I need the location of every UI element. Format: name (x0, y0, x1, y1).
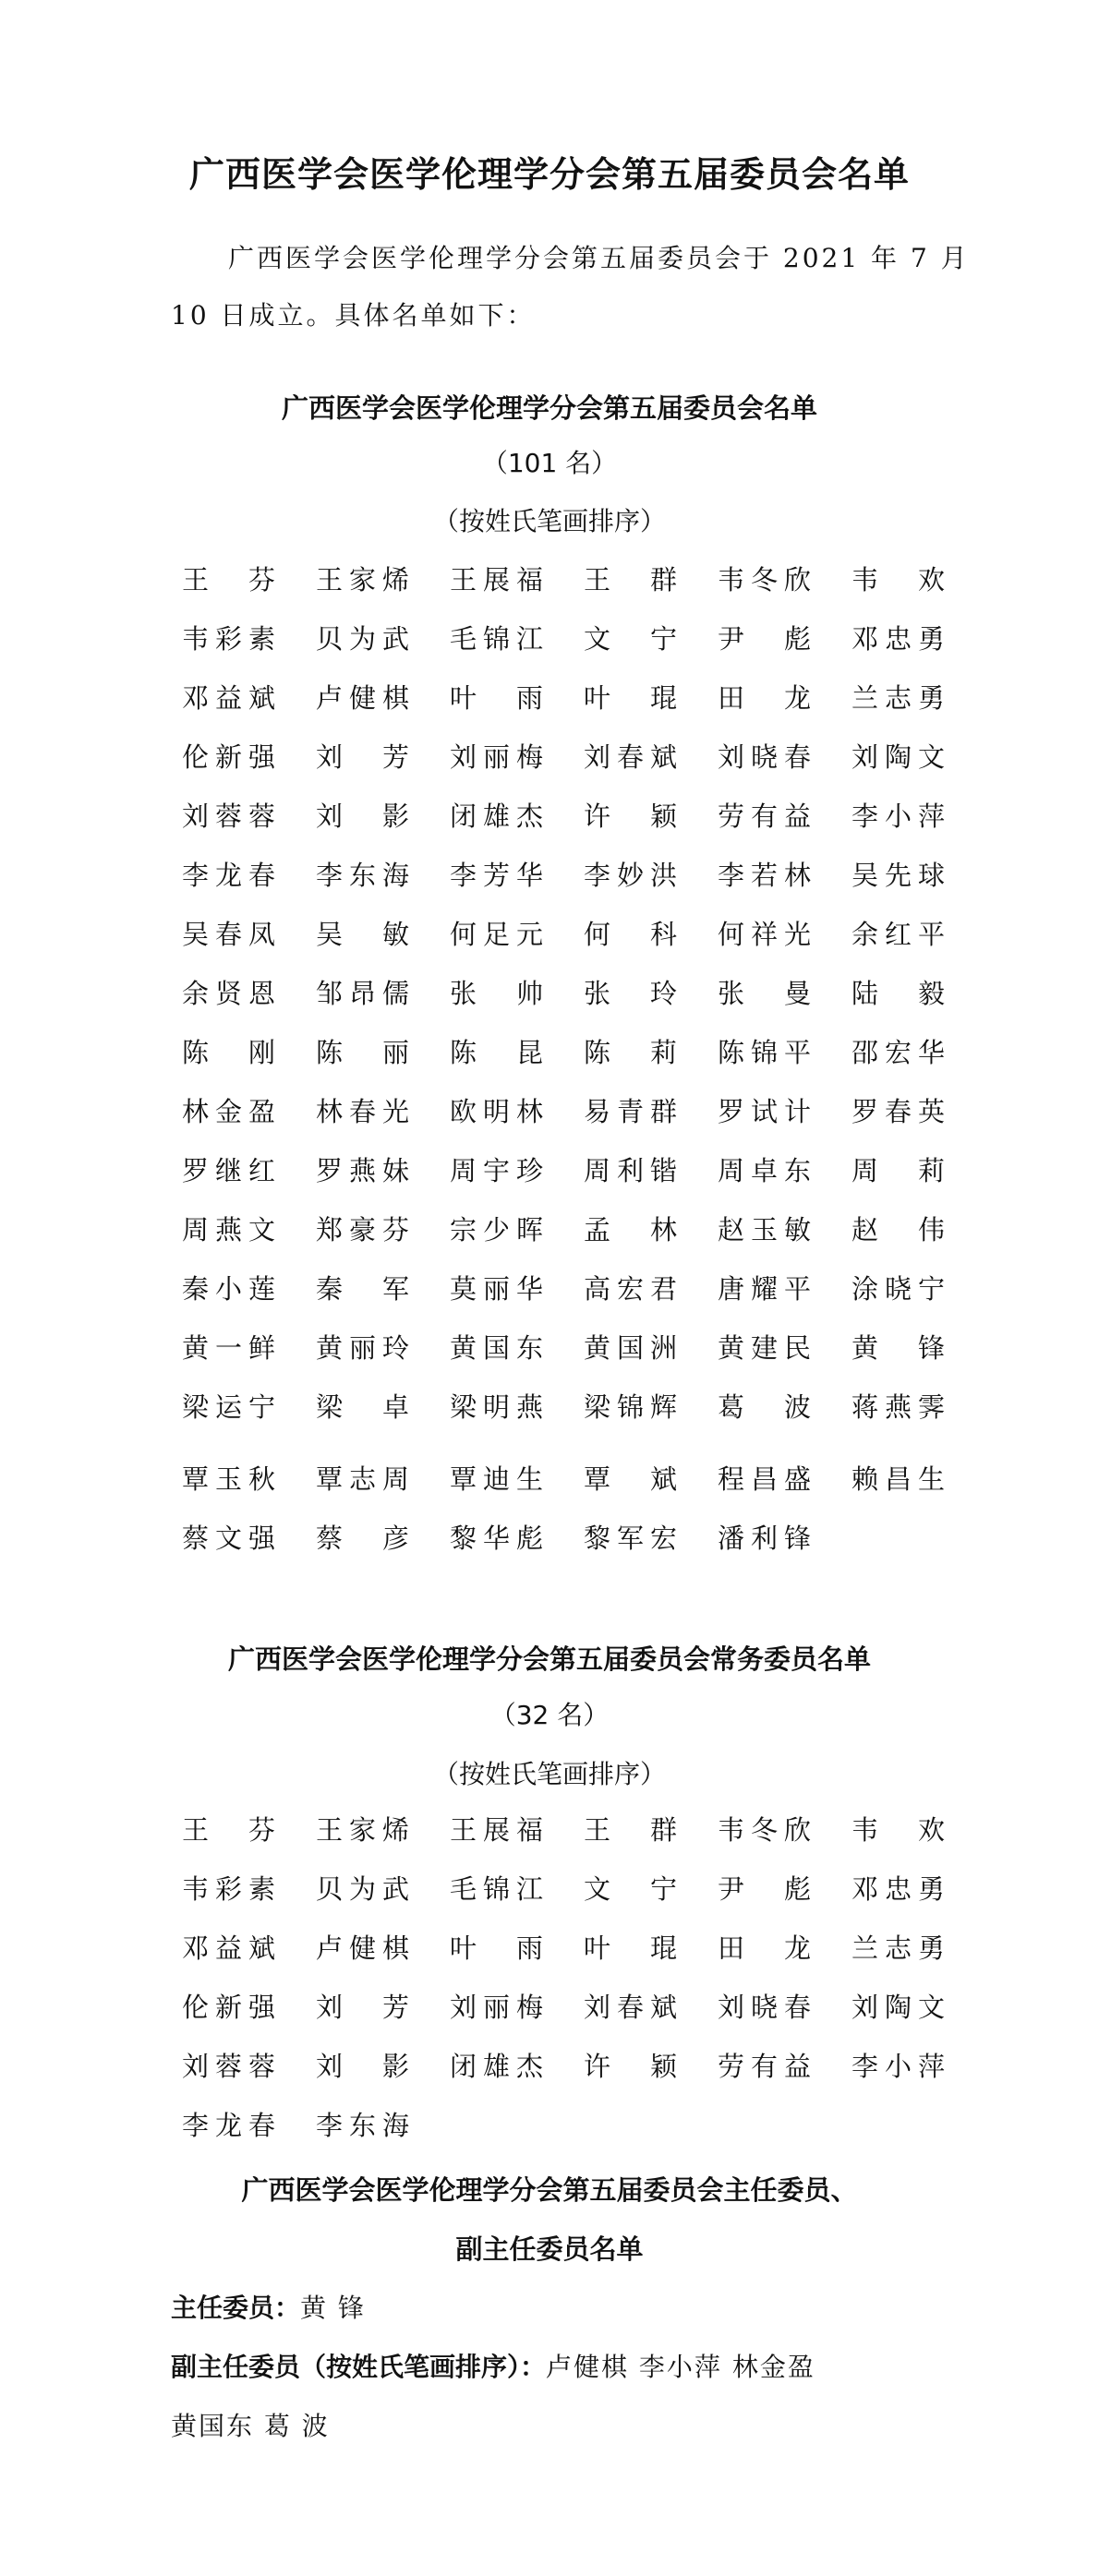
name-row: 陈刚陈丽陈昆陈莉陈锦平邵宏华 (182, 1034, 958, 1071)
name-row: 蔡文强蔡彦黎华彪黎军宏潘利锋 (182, 1520, 958, 1557)
standing-heading: 广西医学会医学伦理学分会第五届委员会常务委员名单 (0, 1639, 1099, 1677)
name-row: 梁运宁梁卓梁明燕梁锦辉葛波蒋燕霁 (182, 1389, 958, 1426)
name-row: 韦彩素贝为武毛锦江文宁尹彪邓忠勇 (182, 1871, 958, 1908)
name-row: 覃玉秋覃志周覃迪生覃斌程昌盛赖昌生 (182, 1461, 958, 1498)
name-row: 邓益斌卢健棋叶雨叶琨田龙兰志勇 (182, 680, 958, 716)
intro-line-2: 10 日成立。具体名单如下： (171, 295, 536, 332)
standing-sort-note: （按姓氏笔画排序） (0, 1754, 1099, 1791)
name-row: 王芬王家烯王展福王群韦冬欣韦欢 (182, 561, 958, 598)
name-row: 邓益斌卢健棋叶雨叶琨田龙兰志勇 (182, 1930, 958, 1967)
vice-chair-names-1: 卢健棋 李小萍 林金盈 (546, 2352, 815, 2382)
name-row: 韦彩素贝为武毛锦江文宁尹彪邓忠勇 (182, 620, 958, 657)
document-title: 广西医学会医学伦理学分会第五届委员会名单 (0, 146, 1099, 197)
name-row: 周燕文郑豪芬宗少晖孟林赵玉敏赵伟 (182, 1211, 958, 1248)
leaders-heading-line-2: 副主任委员名单 (0, 2229, 1099, 2267)
name-row: 黄一鲜黄丽玲黄国东黄国洲黄建民黄锋 (182, 1330, 958, 1366)
vice-chair-names-2: 黄国东 葛 波 (171, 2406, 330, 2443)
name-row: 刘蓉蓉刘影闭雄杰许颖劳有益李小萍 (182, 798, 958, 835)
name-row: 余贤恩邹昂儒张帅张玲张曼陆毅 (182, 975, 958, 1012)
name-row: 林金盈林春光欧明林易青群罗试计罗春英 (182, 1093, 958, 1130)
name-row: 伦新强刘芳刘丽梅刘春斌刘晓春刘陶文 (182, 739, 958, 776)
name-row: 李龙春李东海 (182, 2107, 958, 2144)
name-row: 王芬王家烯王展福王群韦冬欣韦欢 (182, 1812, 958, 1848)
name-row: 刘蓉蓉刘影闭雄杰许颖劳有益李小萍 (182, 2048, 958, 2085)
name-row: 罗继红罗燕妹周宇珍周利锴周卓东周莉 (182, 1152, 958, 1189)
name-row: 伦新强刘芳刘丽梅刘春斌刘晓春刘陶文 (182, 1989, 958, 2026)
vice-chair-line: 副主任委员（按姓氏笔画排序）：卢健棋 李小萍 林金盈 (171, 2347, 815, 2384)
chair-label: 主任委员： (171, 2293, 300, 2323)
committee-heading: 广西医学会医学伦理学分会第五届委员会名单 (0, 388, 1099, 426)
intro-line-1: 广西医学会医学伦理学分会第五届委员会于 2021 年 7 月 (228, 238, 970, 275)
standing-count: （32 名） (0, 1695, 1099, 1732)
vice-chair-label: 副主任委员（按姓氏笔画排序）： (171, 2352, 546, 2382)
name-row: 秦小莲秦军莫丽华高宏君唐耀平涂晓宁 (182, 1270, 958, 1307)
chair-line: 主任委员：黄 锋 (171, 2288, 366, 2325)
chair-name: 黄 锋 (300, 2293, 366, 2323)
name-row: 李龙春李东海李芳华李妙洪李若林吴先球 (182, 857, 958, 894)
name-row: 吴春凤吴敏何足元何科何祥光余红平 (182, 916, 958, 953)
leaders-heading-line-1: 广西医学会医学伦理学分会第五届委员会主任委员、 (0, 2170, 1099, 2208)
committee-sort-note: （按姓氏笔画排序） (0, 501, 1099, 538)
committee-count: （101 名） (0, 443, 1099, 480)
